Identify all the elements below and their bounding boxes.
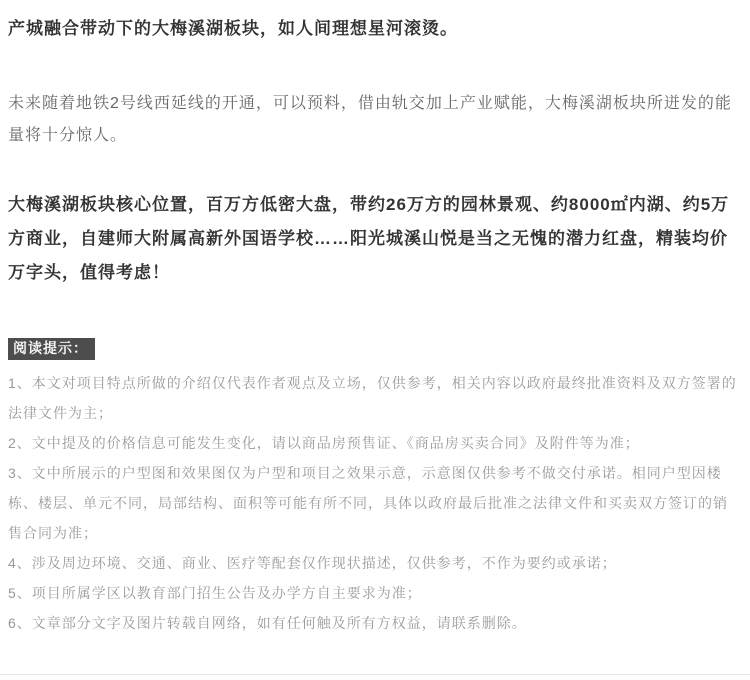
notice-item-5: 5、项目所属学区以教育部门招生公告及办学方自主要求为准； xyxy=(8,578,740,608)
project-highlights-paragraph: 大梅溪湖板块核心位置，百万方低密大盘，带约26万方的园林景观、约8000㎡内湖、… xyxy=(8,188,740,290)
notice-item-6: 6、文章部分文字及图片转载自网络，如有任何触及所有方权益，请联系删除。 xyxy=(8,608,740,638)
reading-notice-list: 1、本文对项目特点所做的介绍仅代表作者观点及立场，仅供参考，相关内容以政府最终批… xyxy=(8,368,740,638)
notice-item-4: 4、涉及周边环境、交通、商业、医疗等配套仅作现状描述，仅供参考，不作为要约或承诺… xyxy=(8,548,740,578)
notice-item-3: 3、文中所展示的户型图和效果图仅为户型和项目之效果示意，示意图仅供参考不做交付承… xyxy=(8,458,740,548)
metro-outlook-paragraph: 未来随着地铁2号线西延线的开通，可以预料，借由轨交加上产业赋能，大梅溪湖板块所迸… xyxy=(8,88,740,152)
article-content: 产城融合带动下的大梅溪湖板块，如人间理想星河滚烫。 未来随着地铁2号线西延线的开… xyxy=(0,0,750,638)
headline-paragraph: 产城融合带动下的大梅溪湖板块，如人间理想星河滚烫。 xyxy=(8,16,740,42)
reading-notice-badge: 阅读提示： xyxy=(8,338,95,360)
bottom-divider xyxy=(0,674,750,675)
notice-item-1: 1、本文对项目特点所做的介绍仅代表作者观点及立场，仅供参考，相关内容以政府最终批… xyxy=(8,368,740,428)
notice-item-2: 2、文中提及的价格信息可能发生变化，请以商品房预售证、《商品房买卖合同》及附件等… xyxy=(8,428,740,458)
